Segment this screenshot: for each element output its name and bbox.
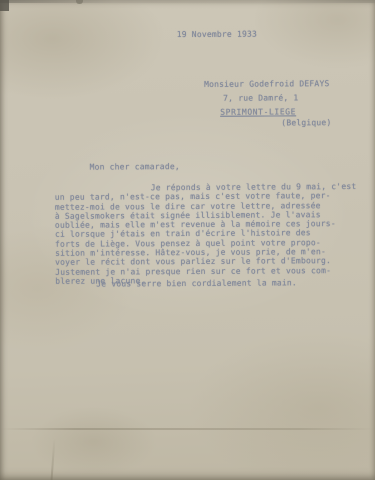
recipient-street: 7, rue Damré, 1 <box>223 93 298 102</box>
typewritten-content: 19 Novembre 1933 Monsieur Godefroid DEFA… <box>0 0 375 480</box>
closing-line: Je vous serre bien cordialement la main. <box>96 278 297 288</box>
recipient-block: Monsieur Godefroid DEFAYS 7, rue Damré, … <box>0 0 374 1</box>
recipient-country: (Belgique) <box>281 118 331 127</box>
date-line: 19 Novembre 1933 <box>177 30 257 39</box>
recipient-name: Monsieur Godefroid DEFAYS <box>204 79 329 89</box>
recipient-city: SPRIMONT-LIEGE <box>220 107 296 116</box>
body-line: Justement je n'ai presque rien sur ce fo… <box>55 266 351 277</box>
salutation: Mon cher camarade, <box>90 162 180 172</box>
scanned-letter-page: 19 Novembre 1933 Monsieur Godefroid DEFA… <box>0 0 375 480</box>
letter-body: Je réponds à votre lettre du 9 mai, c'es… <box>55 182 352 286</box>
